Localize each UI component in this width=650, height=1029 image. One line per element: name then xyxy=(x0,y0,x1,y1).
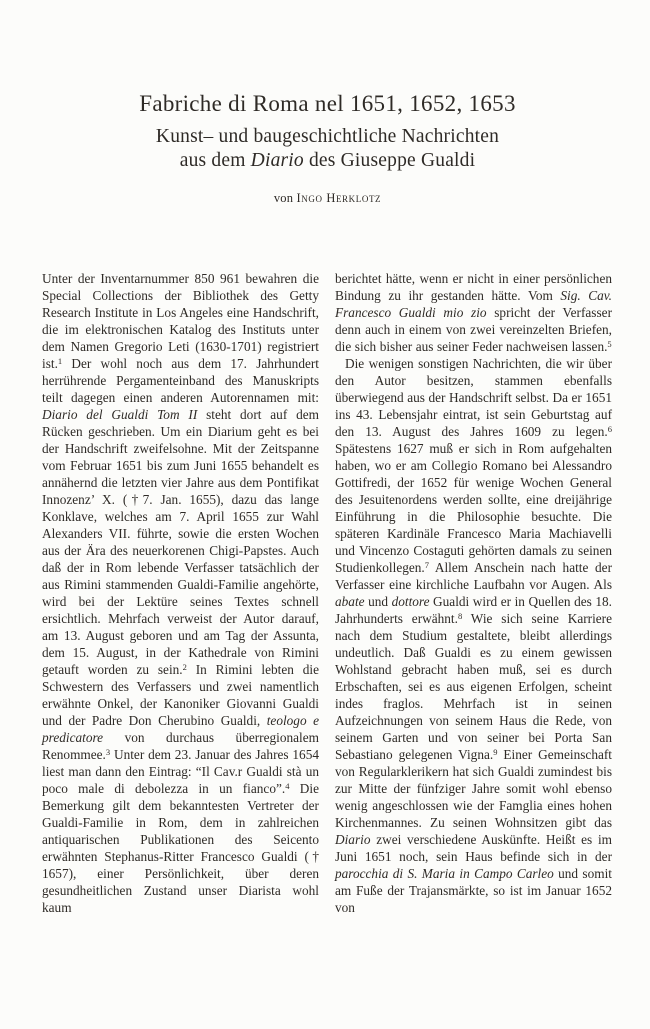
text-columns: Unter der Inventarnummer 850 961 bewahre… xyxy=(42,270,613,916)
column-right: berichtet hätte, wenn er nicht in einer … xyxy=(335,270,612,916)
column-left: Unter der Inventarnummer 850 961 bewahre… xyxy=(42,270,319,916)
byline-prefix: von xyxy=(274,191,297,205)
paragraph: Die wenigen sonstigen Nachrichten, die w… xyxy=(335,355,612,916)
byline: von Ingo Herklotz xyxy=(42,191,613,206)
article-subtitle-line-1: Kunst– und baugeschichtliche Nachrichten xyxy=(42,125,613,149)
article-subtitle-line-2: aus dem Diario des Giuseppe Gualdi xyxy=(42,149,613,173)
paragraph: berichtet hätte, wenn er nicht in einer … xyxy=(335,270,612,355)
article-subtitle: Kunst– und baugeschichtliche Nachrichten… xyxy=(42,125,613,173)
article-header: Fabriche di Roma nel 1651, 1652, 1653 Ku… xyxy=(42,90,613,206)
paragraph: Unter der Inventarnummer 850 961 bewahre… xyxy=(42,270,319,916)
scanned-paper-page: Fabriche di Roma nel 1651, 1652, 1653 Ku… xyxy=(0,0,650,1029)
article-title: Fabriche di Roma nel 1651, 1652, 1653 xyxy=(42,90,613,118)
byline-author-name: Ingo Herklotz xyxy=(297,191,382,205)
